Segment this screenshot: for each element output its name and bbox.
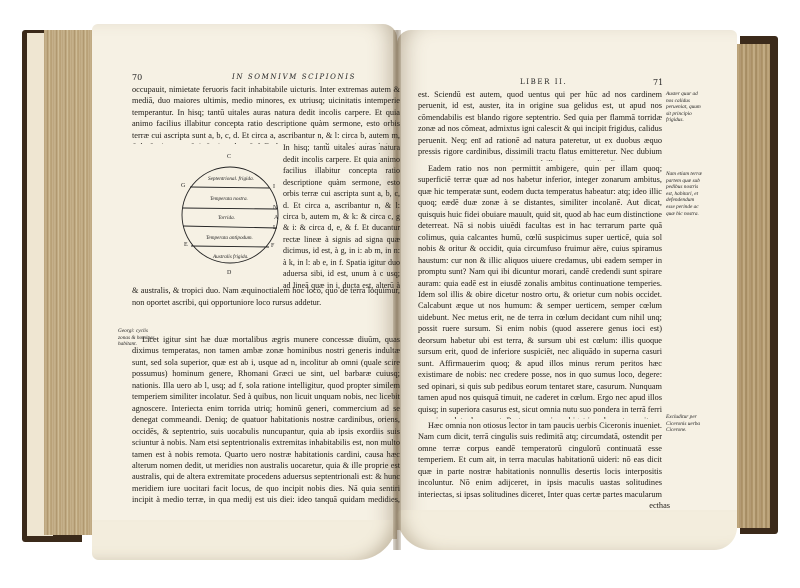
- right-text-middle: Eadem ratio nos non permittit ambigere, …: [418, 163, 662, 419]
- left-folio-number: 70: [132, 73, 142, 82]
- left-running-head: IN SOMNIVM SCIPIONIS: [232, 73, 356, 81]
- svg-text:Australis frigida.: Australis frigida.: [212, 253, 248, 260]
- left-paragraph-1-continued: occupauit, nimietate feruoris facit inha…: [283, 142, 400, 290]
- svg-text:F: F: [271, 243, 275, 249]
- zone-diagram: C Septentrional. frigida. Temperata nost…: [180, 150, 280, 280]
- left-paragraph-2: Licet igitur sint hæ duæ mortalibus ægri…: [132, 334, 400, 506]
- catchword: ecthas: [640, 500, 670, 512]
- svg-text:Septentrional. frigida.: Septentrional. frigida.: [208, 175, 254, 182]
- catchword-text: ecthas: [649, 501, 670, 510]
- right-paragraph-2: Eadem ratio nos non permittit ambigere, …: [418, 163, 662, 419]
- right-page-curl: [397, 510, 737, 550]
- zone-circle-svg: C Septentrional. frigida. Temperata nost…: [180, 150, 280, 280]
- left-text-after-diagram: occupauit, nimietate feruoris facit inha…: [132, 287, 400, 333]
- right-paragraph-3: Hæc omnia non otiosus lector in tam pauc…: [418, 420, 662, 500]
- svg-text:N: N: [273, 205, 278, 211]
- left-text-top: occupauit, nimietate feruoris facit inha…: [132, 84, 400, 144]
- svg-text:E: E: [184, 242, 188, 248]
- left-text-beside-diagram: occupauit, nimietate feruoris facit inha…: [283, 142, 400, 290]
- svg-text:I: I: [273, 184, 275, 190]
- svg-text:Temperata nostra.: Temperata nostra.: [210, 196, 248, 202]
- svg-text:C: C: [227, 154, 231, 160]
- right-paragraph-1: est. Sciendū est autem, quod uentus qui …: [418, 89, 662, 161]
- right-folio-number: 71: [653, 78, 663, 87]
- left-text-bottom: Licet igitur sint hæ duæ mortalibus ægri…: [132, 334, 400, 506]
- svg-text:G: G: [181, 183, 186, 189]
- open-book: 70 IN SOMNIVM SCIPIONIS occupauit, nimie…: [0, 0, 800, 588]
- right-running-head: LIBER II.: [520, 78, 567, 86]
- svg-text:A: A: [274, 215, 279, 221]
- right-margin-note-1: Auster quur ad nos calidus perueniat, qu…: [666, 91, 702, 124]
- svg-text:D: D: [227, 270, 232, 276]
- svg-text:L: L: [273, 225, 277, 231]
- right-text-bottom: Hæc omnia non otiosus lector in tam pauc…: [418, 420, 662, 500]
- svg-text:Torrida.: Torrida.: [218, 215, 235, 221]
- left-paragraph-1: occupauit, nimietate feruoris facit inha…: [132, 84, 400, 144]
- right-margin-note-3: Excluditur per Ciceronis uerba Cicerone.: [666, 414, 702, 434]
- svg-text:Temperata antipodum.: Temperata antipodum.: [206, 235, 253, 241]
- left-page-curl: [92, 520, 397, 560]
- left-margin-note: Georgi: cyclis zonas & homines habitant.: [118, 328, 158, 348]
- right-margin-note-2: Nam etiam terræ partem quæ sub pedibus n…: [666, 171, 702, 217]
- right-text-top: est. Sciendū est autem, quod uentus qui …: [418, 89, 662, 161]
- left-page-edges: [44, 30, 94, 535]
- left-paragraph-1-end: occupauit, nimietate feruoris facit inha…: [132, 287, 400, 308]
